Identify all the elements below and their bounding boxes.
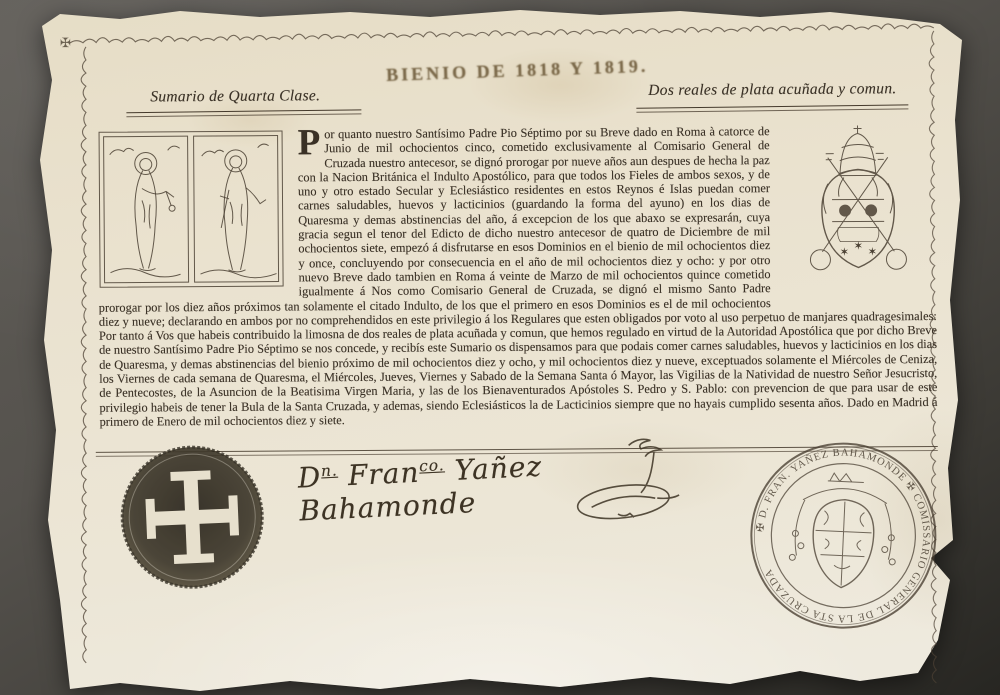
- signature-title: D: [297, 460, 322, 494]
- document-body-text: ✶✶✶ Por quanto nuestro Santísimo Padre P…: [98, 123, 938, 451]
- papal-coat-of-arms: ✶✶✶: [781, 123, 934, 296]
- class-label-rule: [126, 109, 361, 117]
- price-label-rule: [636, 104, 908, 112]
- saints-peter-paul-woodcut: [98, 130, 285, 289]
- signature: Dn. Franco. Yañez Bahamonde: [297, 443, 691, 557]
- class-label: Sumario de Quarta Clase.: [150, 87, 320, 106]
- signature-title-sup: n.: [321, 461, 339, 480]
- document-content: ✠ BIENIO DE 1818 Y 1819. Sumario de Quar…: [0, 0, 1000, 695]
- svg-text:✶: ✶: [840, 247, 849, 259]
- saint-peter-figure: [110, 152, 181, 277]
- stamp-header: BIENIO DE 1818 Y 1819.: [386, 55, 687, 86]
- svg-text:✶: ✶: [868, 246, 877, 258]
- commissary-general-seal: ✠ D. FRAN. YAÑEZ BAHAMONDE ✠ COMISSARIO …: [739, 431, 948, 640]
- signature-first-name: Fran: [337, 456, 420, 493]
- svg-text:✶: ✶: [854, 240, 863, 252]
- drop-cap: P: [298, 127, 325, 157]
- border-wave-top: [70, 24, 934, 43]
- photo-background: { "photo": { "background_color": "#4f4c4…: [0, 0, 1000, 695]
- border-corner-cross-icon: ✠: [60, 35, 71, 50]
- signature-first-sup: co.: [419, 456, 445, 475]
- commissary-arms: [788, 471, 899, 590]
- saint-paul-figure: [200, 150, 277, 279]
- crusade-cross-seal: [112, 437, 273, 598]
- signature-flourish-icon: [558, 430, 693, 536]
- shield-stars: ✶✶✶: [840, 240, 877, 258]
- price-label: Dos reales de plata acuñada y comun.: [648, 80, 896, 100]
- border-wave-left: [78, 47, 91, 663]
